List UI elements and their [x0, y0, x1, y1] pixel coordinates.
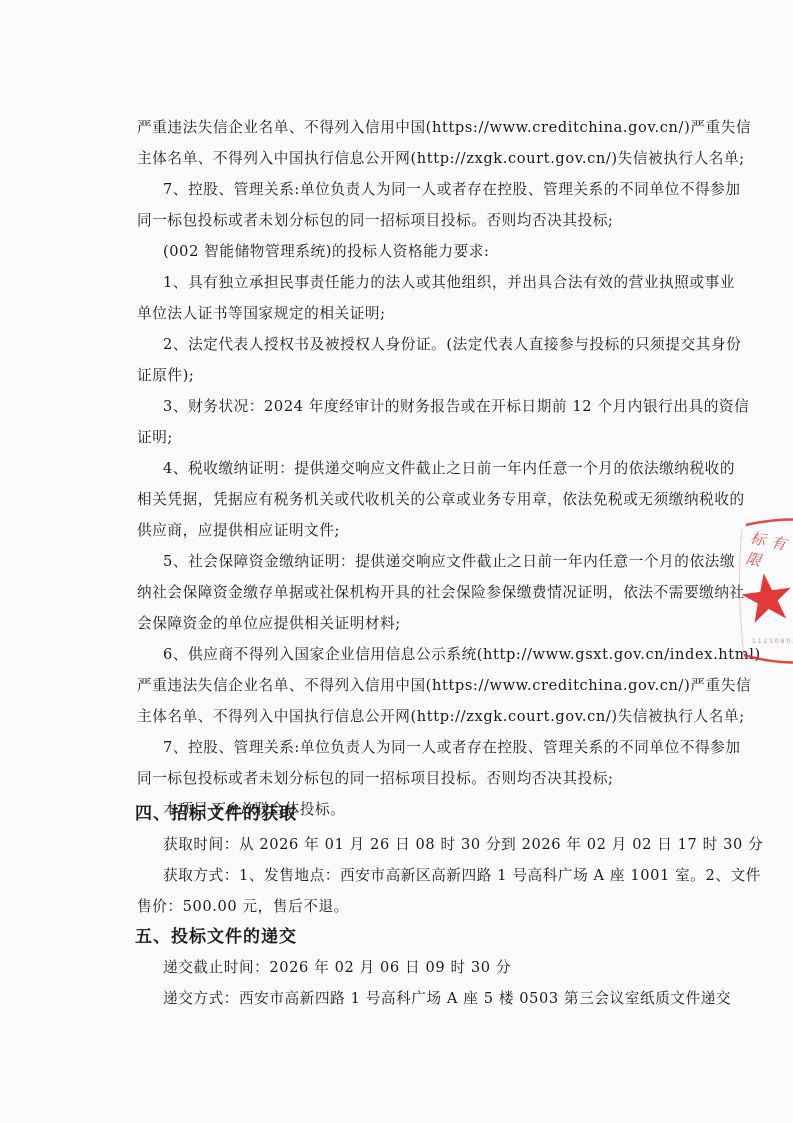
submission-method: 递交方式：西安市高新四路 1 号高科广场 A 座 5 楼 0503 第三会议室纸… [163, 989, 669, 1009]
requirement-6-line: 6、供应商不得列入国家企业信用信息公示系统(http://www.gsxt.go… [163, 645, 669, 665]
requirement-3-line: 证明; [137, 428, 669, 448]
svg-text:1 1 2 1 0 9 0 3: 1 1 2 1 0 9 0 3 [752, 638, 793, 645]
acquisition-time: 获取时间：从 2026 年 01 月 26 日 08 时 30 分到 2026 … [163, 835, 669, 855]
requirement-3-line: 3、财务状况：2024 年度经审计的财务报告或在开标日期前 12 个月内银行出具… [163, 397, 669, 417]
requirement-4-line: 4、税收缴纳证明：提供递交响应文件截止之日前一年内任意一个月的依法缴纳税收的 [163, 459, 669, 479]
requirement-4-line: 相关凭据，凭据应有税务机关或代收机关的公章或业务专用章，依法免税或无须缴纳税收的 [137, 490, 669, 510]
text-line: 7、控股、管理关系:单位负责人为同一人或者存在控股、管理关系的不同单位不得参加 [163, 180, 669, 200]
requirement-4-line: 供应商，应提供相应证明文件; [137, 521, 669, 541]
requirement-1-line: 1、具有独立承担民事责任能力的法人或其他组织，并出具合法有效的营业执照或事业 [163, 273, 669, 293]
requirement-7-line: 7、控股、管理关系:单位负责人为同一人或者存在控股、管理关系的不同单位不得参加 [163, 738, 669, 758]
requirement-2-line: 2、法定代表人授权书及被授权人身份证。(法定代表人直接参与投标的只须提交其身份 [163, 335, 669, 355]
requirement-2-line: 证原件); [137, 366, 669, 386]
requirement-5-line: 会保障资金的单位应提供相关证明材料; [137, 614, 669, 634]
requirement-1-line: 单位法人证书等国家规定的相关证明; [137, 304, 669, 324]
text-line: 同一标包投标或者未划分标包的同一招标项目投标。否则均否决其投标; [137, 211, 669, 231]
package-title: (002 智能储物管理系统)的投标人资格能力要求: [163, 242, 669, 262]
requirement-6-line: 主体名单、不得列入中国执行信息公开网(http://zxgk.court.gov… [137, 707, 669, 727]
submission-deadline: 递交截止时间：2026 年 02 月 06 日 09 时 30 分 [163, 958, 669, 978]
requirement-5-line: 纳社会保障资金缴存单据或社保机构开具的社会保险参保缴费情况证明，依法不需要缴纳社 [137, 583, 669, 603]
section-4-heading: 四、招标文件的获取 [135, 803, 297, 825]
acquisition-method-line: 售价：500.00 元，售后不退。 [137, 897, 669, 917]
section-5-heading: 五、投标文件的递交 [135, 926, 297, 948]
requirement-7-line: 同一标包投标或者未划分标包的同一招标项目投标。否则均否决其投标; [137, 769, 669, 789]
text-line: 主体名单、不得列入中国执行信息公开网(http://zxgk.court.gov… [137, 149, 669, 169]
document-page: 严重违法失信企业名单、不得列入信用中国(https://www.creditch… [0, 0, 793, 1123]
acquisition-method-line: 获取方式：1、发售地点：西安市高新区高新四路 1 号高科广场 A 座 1001 … [163, 866, 669, 886]
requirement-6-line: 严重违法失信企业名单、不得列入信用中国(https://www.creditch… [137, 676, 669, 696]
text-line: 严重违法失信企业名单、不得列入信用中国(https://www.creditch… [137, 118, 669, 138]
requirement-5-line: 5、社会保障资金缴纳证明：提供递交响应文件截止之日前一年内任意一个月的依法缴 [163, 552, 669, 572]
